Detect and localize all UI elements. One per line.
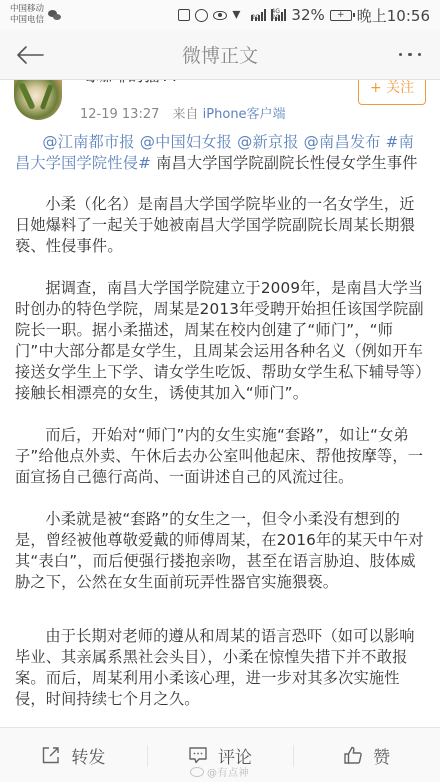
source-prefix: 来自 bbox=[173, 107, 199, 122]
signal-label: 4G 2G bbox=[271, 9, 273, 21]
back-button[interactable] bbox=[0, 30, 60, 80]
action-bar: 转发 评论 赞 @有点神 bbox=[0, 727, 440, 782]
watermark: @有点神 bbox=[190, 764, 249, 779]
avatar[interactable] bbox=[14, 80, 62, 120]
mention-link[interactable]: @江南都市报 bbox=[42, 133, 134, 151]
post-paragraph: 小柔（化名）是南昌大学国学院毕业的一名女学生，近日她爆料了一起关于她被南昌大学国… bbox=[15, 194, 427, 257]
vibrate-icon bbox=[178, 9, 190, 21]
signal-4g-icon: 4G 2G bbox=[271, 9, 286, 21]
status-bar: 中国移动 中国电信 2G 4G 2G 32% + 晚上10:56 bbox=[0, 0, 440, 30]
mention-link[interactable]: @新京报 bbox=[237, 133, 299, 151]
weibo-post-screen: 中国移动 中国电信 2G 4G 2G 32% + 晚上10:56 bbox=[0, 0, 440, 782]
eye-comfort-icon bbox=[213, 11, 227, 20]
post-time: 12-19 13:27 bbox=[80, 107, 159, 122]
wifi-icon bbox=[232, 9, 246, 21]
post-paragraph: 小柔就是被“套路”的女生之一，但令小柔没有想到的是，曾经被他尊敬爱戴的师傅周某，… bbox=[15, 509, 427, 593]
carrier-list: 中国移动 中国电信 bbox=[10, 4, 44, 26]
carrier-2: 中国电信 bbox=[10, 15, 44, 26]
post-source[interactable]: iPhone客户端 bbox=[203, 107, 286, 122]
post-body: @江南都市报 @中国妇女报 @新京报 @南昌发布 #南昌大学国学院性侵# 南昌大… bbox=[15, 132, 427, 731]
weibo-logo-icon bbox=[190, 767, 204, 777]
post-paragraph: 据调查，南昌大学国学院建立于2009年，是南昌大学当时创办的特色学院，周某是20… bbox=[15, 278, 427, 404]
like-button[interactable]: 赞 bbox=[293, 728, 440, 782]
watermark-text: @有点神 bbox=[207, 764, 249, 779]
repost-button[interactable]: 转发 bbox=[0, 728, 147, 782]
battery-percent: 32% bbox=[291, 6, 324, 24]
comment-icon bbox=[188, 745, 208, 765]
repost-icon bbox=[41, 745, 61, 765]
nav-bar: 微博正文 bbox=[0, 30, 440, 80]
alarm-icon bbox=[195, 9, 208, 22]
post-headline: 南昌大学国学院副院长性侵女学生事件 bbox=[156, 154, 418, 172]
arrow-left-icon bbox=[15, 45, 45, 65]
more-dots-icon bbox=[408, 53, 412, 57]
wechat-notification-icon bbox=[48, 10, 62, 20]
signal-label: 2G bbox=[251, 15, 253, 21]
thumbs-up-icon bbox=[343, 745, 363, 765]
more-dots-icon bbox=[399, 53, 403, 57]
author-row: 喝咖啡的猫TT 12-19 13:27 来自 iPhone客户端 + 关注 bbox=[0, 80, 440, 130]
more-options-button[interactable] bbox=[380, 30, 440, 80]
mention-link[interactable]: @中国妇女报 bbox=[140, 133, 232, 151]
mention-link[interactable]: @南昌发布 bbox=[304, 133, 381, 151]
follow-button[interactable]: + 关注 bbox=[358, 78, 426, 105]
post-paragraph: 由于长期对老师的遵从和周某的语言恐吓（如可以影响毕业、其亲属系黑社会头目），小柔… bbox=[15, 626, 427, 710]
signal-2g-icon: 2G bbox=[251, 9, 266, 21]
page-title: 微博正文 bbox=[0, 41, 440, 68]
like-label: 赞 bbox=[373, 743, 390, 768]
status-indicators: 2G 4G 2G 32% + 晚上10:56 bbox=[178, 5, 430, 26]
repost-label: 转发 bbox=[71, 743, 105, 768]
post-intro: @江南都市报 @中国妇女报 @新京报 @南昌发布 #南昌大学国学院性侵# 南昌大… bbox=[15, 132, 427, 174]
clock: 晚上10:56 bbox=[357, 5, 430, 26]
post-paragraph: 而后，开始对“师门”内的女生实施“套路”，如让“女弟子”给他点外卖、午休后去办公… bbox=[15, 425, 427, 488]
battery-charging-icon: + bbox=[330, 10, 352, 21]
more-dots-icon bbox=[418, 53, 422, 57]
carrier-1: 中国移动 bbox=[10, 4, 44, 15]
post-meta: 12-19 13:27 来自 iPhone客户端 bbox=[80, 103, 286, 122]
